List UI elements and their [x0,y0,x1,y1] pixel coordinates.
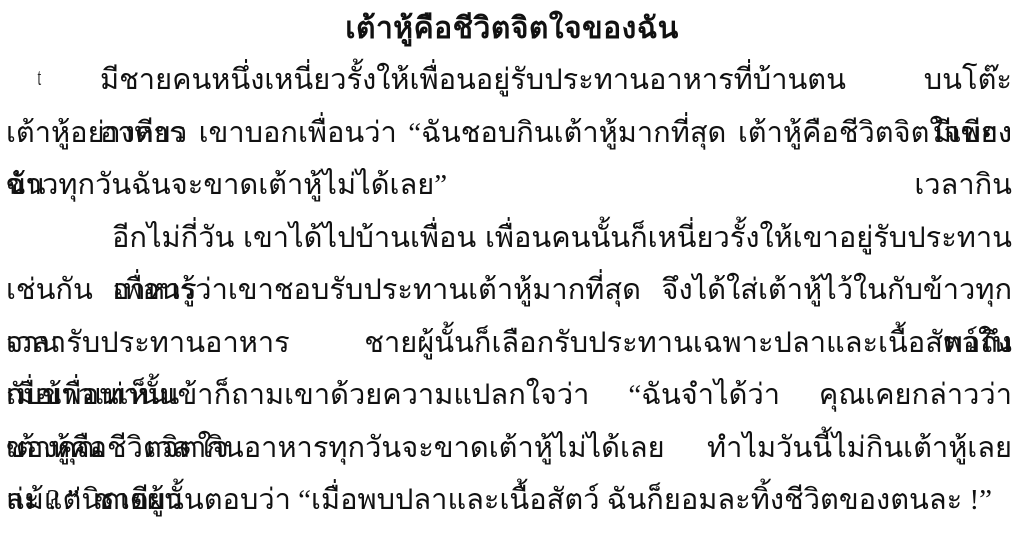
scan-artifact-mark: t [38,66,42,90]
paragraph2-line6: ล่ะ ? ” ชายผู้นั้นตอบว่า “เมื่อพบปลาและเ… [6,474,1012,527]
paragraph1-line2: เต้าหู้อย่างดียว เขาบอกเพื่อนว่า “ฉันชอบ… [6,107,1012,160]
paragraph2-line1: อีกไม่กี่วัน เขาได้ไปบ้านเพื่อน เพื่อนคน… [6,212,1012,265]
paragraph2-line4: เมื่อเพื่อนเห็นเข้าก็ถามเขาด้วยความแปลกใ… [6,369,1012,422]
document-body: มีชายคนหนึ่งเหนี่ยวรั้งให้เพื่อนอยู่รับป… [0,52,1024,527]
paragraph1-line1: มีชายคนหนึ่งเหนี่ยวรั้งให้เพื่อนอยู่รับป… [6,54,1012,107]
paragraph2-line3: เวลารับประทานอาหาร ชายผู้นั้นก็เลือกรับป… [6,317,1012,370]
paragraph2-line2: เช่นกัน เพื่อนรู้ว่าเขาชอบรับประทานเต้าห… [6,264,1012,317]
paragraph2-line5: ของคุณ เวลากินอาหารทุกวันจะขาดเต้าหู้ไม่… [6,422,1012,475]
scanned-document-page: เต้าหู้คือชีวิตจิตใจของฉัน t มีชายคนหนึ่… [0,0,1024,536]
document-title: เต้าหู้คือชีวิตจิตใจของฉัน [0,6,1024,52]
